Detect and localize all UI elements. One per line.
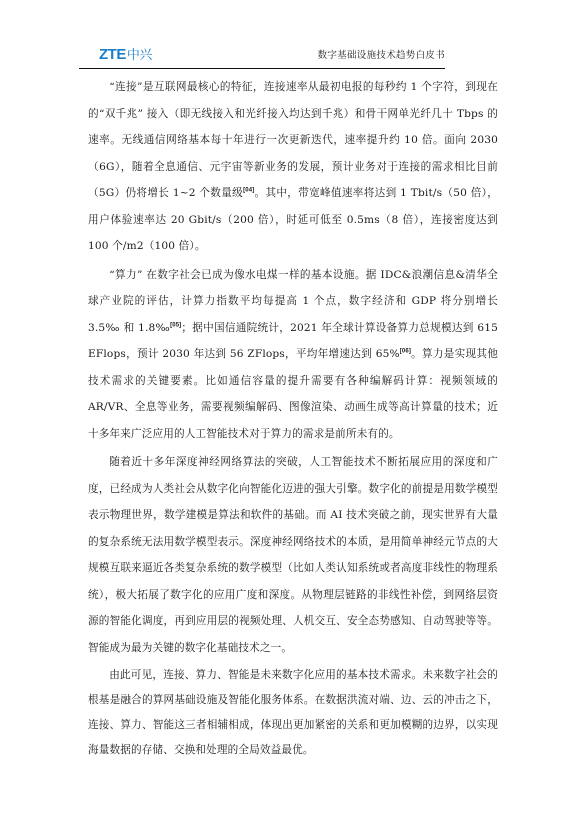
paragraph-connectivity: “连接”是互联网最核心的特征，连接速率从最初电报的每秒约 1 个字符，到现在的“… bbox=[88, 74, 498, 260]
paragraph-computing-power: “算力” 在数字社会已成为像水电煤一样的基本设施。据 IDC&浪潮信息&清华全球… bbox=[88, 262, 498, 448]
logo-chinese: 中兴 bbox=[127, 47, 152, 62]
paragraph-conclusion: 由此可见，连接、算力、智能是未来数字化应用的基本技术需求。未来数字社会的根基是融… bbox=[88, 663, 498, 763]
paragraph-text: 由此可见，连接、算力、智能是未来数字化应用的基本技术需求。未来数字社会的根基是融… bbox=[88, 669, 498, 756]
paragraph-text: “连接”是互联网最核心的特征，连接速率从最初电报的每秒约 1 个字符，到现在的“… bbox=[88, 81, 498, 199]
page-header: ZTE中兴 数字基础设施技术趋势白皮书 bbox=[79, 38, 445, 69]
document-title: 数字基础设施技术趋势白皮书 bbox=[318, 47, 445, 61]
zte-logo: ZTE中兴 bbox=[99, 44, 152, 63]
reference-marker: [06] bbox=[400, 348, 411, 354]
paragraph-intelligence: 随着近十多年深度神经网络算法的突破，人工智能技术不断拓展应用的深度和广度，已经成… bbox=[88, 449, 498, 661]
paragraph-text: 。算力是实现其他技术需求的关键要素。比如通信容量的提升需要有各种编解码计算：视频… bbox=[88, 348, 498, 440]
logo-latin: ZTE bbox=[99, 46, 126, 63]
body-content: “连接”是互联网最核心的特征，连接速率从最初电报的每秒约 1 个字符，到现在的“… bbox=[88, 74, 498, 763]
reference-marker: [05] bbox=[170, 322, 181, 328]
reference-marker: [04] bbox=[243, 187, 254, 193]
paragraph-text: 随着近十多年深度神经网络算法的突破，人工智能技术不断拓展应用的深度和广度，已经成… bbox=[88, 456, 498, 654]
